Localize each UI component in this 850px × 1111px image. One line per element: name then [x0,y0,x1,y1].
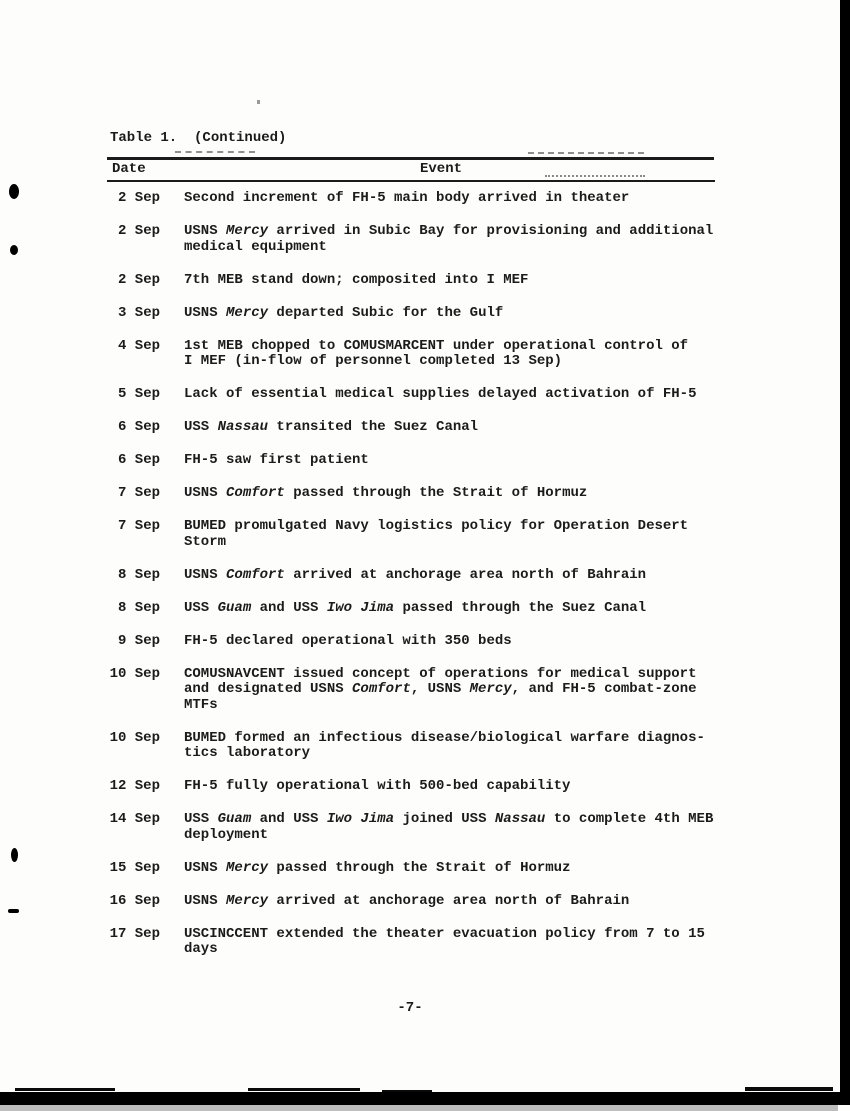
event-cell: USNS Mercy passed through the Strait of … [184,861,570,877]
event-cell: USNS Mercy arrived at anchorage area nor… [184,894,629,910]
date-cell: 10 Sep [108,731,160,762]
event-line: USS Guam and USS Iwo Jima joined USS Nas… [184,812,713,828]
table-row: 14 SepUSS Guam and USS Iwo Jima joined U… [108,812,753,843]
event-line: FH-5 fully operational with 500-bed capa… [184,779,570,795]
table-row: 5 SepLack of essential medical supplies … [108,387,753,403]
table-row: 12 SepFH-5 fully operational with 500-be… [108,779,753,795]
event-line: USNS Mercy passed through the Strait of … [184,861,570,877]
scan-grit [248,1088,360,1091]
event-line: USS Guam and USS Iwo Jima passed through… [184,601,646,617]
table-row: 8 SepUSNS Comfort arrived at anchorage a… [108,568,753,584]
scan-grit [15,1088,115,1091]
date-cell: 2 Sep [108,273,160,289]
event-line: COMUSNAVCENT issued concept of operation… [184,667,697,683]
table-row: 17 SepUSCINCCENT extended the theater ev… [108,927,753,958]
event-line: I MEF (in-flow of personnel completed 13… [184,354,688,370]
bottom-scan-bar [0,1092,850,1105]
date-cell: 7 Sep [108,519,160,550]
scan-speck [8,909,19,913]
table-row: 2 Sep7th MEB stand down; composited into… [108,273,753,289]
event-line: MTFs [184,698,697,714]
table-row: 6 SepUSS Nassau transited the Suez Canal [108,420,753,436]
date-cell: 8 Sep [108,568,160,584]
event-cell: COMUSNAVCENT issued concept of operation… [184,667,697,714]
date-cell: 6 Sep [108,420,160,436]
event-line: and designated USNS Comfort, USNS Mercy,… [184,682,697,698]
bottom-gray-strip [0,1105,838,1111]
column-header-date: Date [112,161,146,177]
event-cell: FH-5 saw first patient [184,453,369,469]
right-scan-bar [840,0,850,1105]
table-rule-bottom [107,180,715,182]
date-cell: 8 Sep [108,601,160,617]
event-line: USNS Comfort arrived at anchorage area n… [184,568,646,584]
table-row: 8 SepUSS Guam and USS Iwo Jima passed th… [108,601,753,617]
event-cell: USCINCCENT extended the theater evacuati… [184,927,705,958]
event-line: USNS Comfort passed through the Strait o… [184,486,587,502]
date-cell: 15 Sep [108,861,160,877]
event-line: deployment [184,828,713,844]
event-line: USS Nassau transited the Suez Canal [184,420,478,436]
table-row: 2 SepSecond increment of FH-5 main body … [108,191,753,207]
scan-noise-dash [528,152,644,154]
date-cell: 9 Sep [108,634,160,650]
date-cell: 4 Sep [108,339,160,370]
event-line: Storm [184,535,688,551]
event-cell: USNS Mercy departed Subic for the Gulf [184,306,503,322]
date-cell: 14 Sep [108,812,160,843]
event-cell: USS Guam and USS Iwo Jima joined USS Nas… [184,812,713,843]
document-page: Table 1. (Continued) Date Event 2 SepSec… [0,0,850,1111]
event-line: FH-5 declared operational with 350 beds [184,634,512,650]
table-body: 2 SepSecond increment of FH-5 main body … [108,191,753,975]
table-row: 7 SepBUMED promulgated Navy logistics po… [108,519,753,550]
date-cell: 5 Sep [108,387,160,403]
event-cell: 1st MEB chopped to COMUSMARCENT under op… [184,339,688,370]
event-cell: USNS Comfort passed through the Strait o… [184,486,587,502]
table-row: 7 SepUSNS Comfort passed through the Str… [108,486,753,502]
event-line: days [184,942,705,958]
event-cell: 7th MEB stand down; composited into I ME… [184,273,528,289]
scan-grit [745,1087,833,1091]
event-cell: FH-5 fully operational with 500-bed capa… [184,779,570,795]
scan-speck [10,245,18,255]
table-row: 4 Sep1st MEB chopped to COMUSMARCENT und… [108,339,753,370]
date-cell: 7 Sep [108,486,160,502]
event-line: tics laboratory [184,746,705,762]
table-rule-top [107,157,714,160]
event-cell: USNS Mercy arrived in Subic Bay for prov… [184,224,713,255]
date-cell: 10 Sep [108,667,160,714]
table-row: 16 SepUSNS Mercy arrived at anchorage ar… [108,894,753,910]
event-line: USCINCCENT extended the theater evacuati… [184,927,705,943]
date-cell: 3 Sep [108,306,160,322]
event-line: BUMED promulgated Navy logistics policy … [184,519,688,535]
table-title: Table 1. (Continued) [110,130,286,146]
scan-speck [11,848,18,862]
scan-noise-dash [175,151,255,153]
event-line: Lack of essential medical supplies delay… [184,387,696,403]
date-cell: 6 Sep [108,453,160,469]
table-row: 6 SepFH-5 saw first patient [108,453,753,469]
table-row: 15 SepUSNS Mercy passed through the Stra… [108,861,753,877]
event-line: BUMED formed an infectious disease/biolo… [184,731,705,747]
event-cell: USS Nassau transited the Suez Canal [184,420,478,436]
date-cell: 2 Sep [108,224,160,255]
event-line: FH-5 saw first patient [184,453,369,469]
date-cell: 17 Sep [108,927,160,958]
event-cell: USNS Comfort arrived at anchorage area n… [184,568,646,584]
scan-noise-dash [545,175,645,177]
table-row: 2 SepUSNS Mercy arrived in Subic Bay for… [108,224,753,255]
table-row: 10 SepBUMED formed an infectious disease… [108,731,753,762]
event-line: USNS Mercy arrived in Subic Bay for prov… [184,224,713,240]
event-cell: USS Guam and USS Iwo Jima passed through… [184,601,646,617]
page-number: -7- [0,1000,820,1016]
date-cell: 12 Sep [108,779,160,795]
event-line: medical equipment [184,240,713,256]
table-row: 3 SepUSNS Mercy departed Subic for the G… [108,306,753,322]
event-line: USNS Mercy arrived at anchorage area nor… [184,894,629,910]
event-line: USNS Mercy departed Subic for the Gulf [184,306,503,322]
event-cell: BUMED promulgated Navy logistics policy … [184,519,688,550]
date-cell: 16 Sep [108,894,160,910]
scan-speck [9,184,19,199]
event-cell: FH-5 declared operational with 350 beds [184,634,512,650]
event-cell: BUMED formed an infectious disease/biolo… [184,731,705,762]
event-cell: Lack of essential medical supplies delay… [184,387,696,403]
event-line: 1st MEB chopped to COMUSMARCENT under op… [184,339,688,355]
column-header-event: Event [420,161,462,177]
date-cell: 2 Sep [108,191,160,207]
event-line: 7th MEB stand down; composited into I ME… [184,273,528,289]
scan-noise-dot [257,100,260,104]
event-cell: Second increment of FH-5 main body arriv… [184,191,629,207]
event-line: Second increment of FH-5 main body arriv… [184,191,629,207]
table-row: 10 SepCOMUSNAVCENT issued concept of ope… [108,667,753,714]
table-row: 9 SepFH-5 declared operational with 350 … [108,634,753,650]
